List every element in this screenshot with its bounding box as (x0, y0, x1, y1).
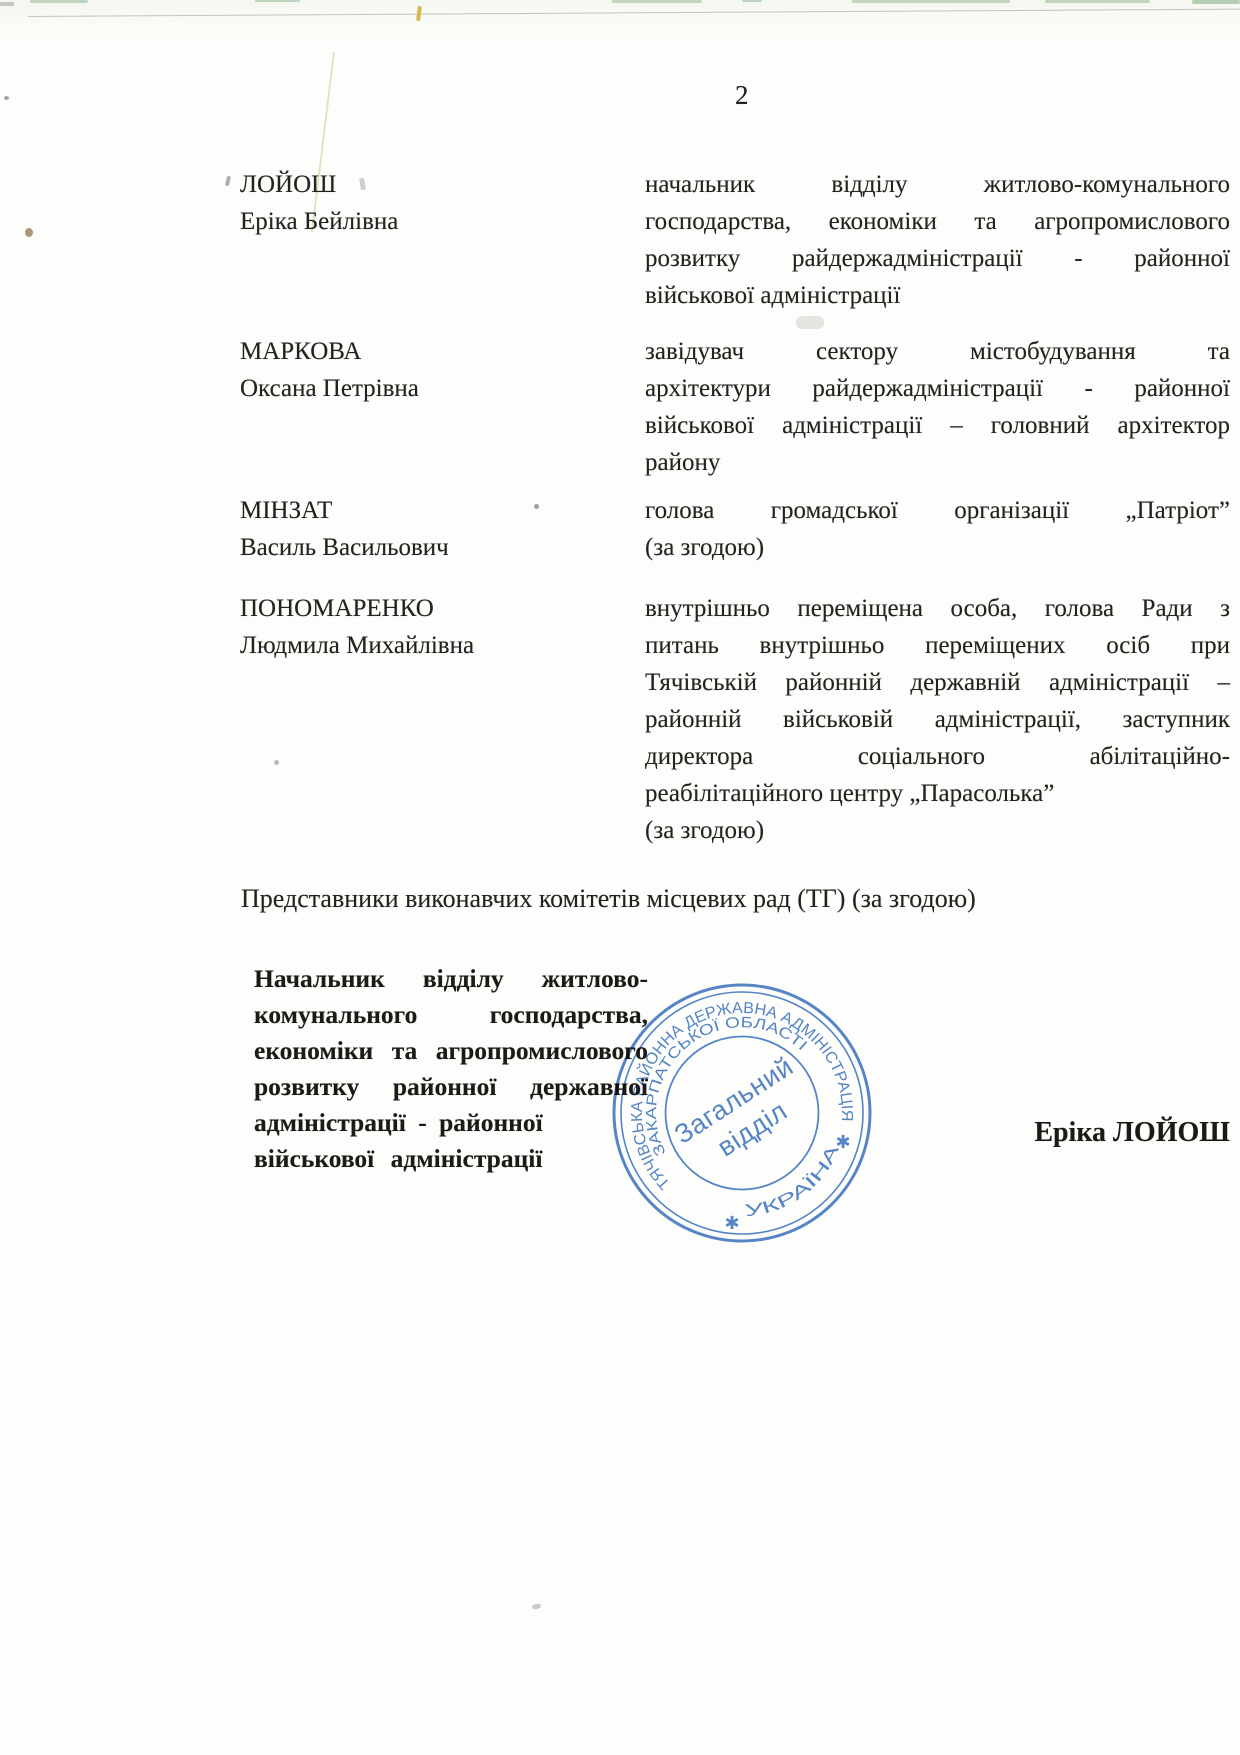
scan-artifact (225, 176, 231, 187)
member-position: внутрішньо переміщена особа, голова Ради… (645, 590, 1230, 849)
signatory-title-line: розвитку районної державної (254, 1069, 648, 1105)
scan-artifact (742, 0, 762, 2)
member-position: начальник відділу житлово-комунальногого… (645, 166, 1230, 314)
scan-artifact (612, 0, 702, 3)
position-line: району (645, 444, 1230, 481)
member-given-names: Оксана Петрівна (240, 370, 645, 407)
member-name: ПОНОМАРЕНКОЛюдмила Михайлівна (240, 590, 645, 849)
position-line: (за згодою) (645, 812, 1230, 849)
member-entry: ПОНОМАРЕНКОЛюдмила Михайлівнавнутрішньо … (240, 590, 1230, 849)
signatory-title-line: економіки та агропромислового (254, 1033, 648, 1069)
signatory-title-line: адміністрації - районної (254, 1105, 648, 1141)
position-line: військової адміністрації – головний архі… (645, 407, 1230, 444)
scan-artifact (852, 0, 1010, 3)
scan-artifact (1192, 0, 1240, 4)
member-given-names: Людмила Михайлівна (240, 627, 645, 664)
member-given-names: Василь Васильович (240, 529, 645, 566)
member-position: голова громадської організації „Патріот”… (645, 492, 1230, 566)
scanned-document-page: 2 ЛОЙОШЕріка Бейлівнаначальник відділу ж… (0, 0, 1240, 1755)
position-line: внутрішньо переміщена особа, голова Ради… (645, 590, 1230, 627)
position-line: (за згодою) (645, 529, 1230, 566)
signatory-title-line: Начальник відділу житлово- (254, 961, 648, 997)
position-line: розвитку райдержадміністрації - районної (645, 240, 1230, 277)
signatory-title: Начальник відділу житлово-комунального г… (254, 961, 648, 1177)
position-line: питань внутрішньо переміщених осіб при (645, 627, 1230, 664)
member-position: завідувач сектору містобудування таархіт… (645, 333, 1230, 481)
member-surname: МАРКОВА (240, 333, 645, 370)
signatory-title-line: комунального господарства, (254, 997, 648, 1033)
stamp-asterisk-right: ✱ (835, 1132, 850, 1152)
position-line: реабілітаційного центру „Парасолька” (645, 775, 1230, 812)
scan-artifact (0, 2, 14, 6)
scan-artifact-brown-dot (25, 228, 33, 237)
position-line: архітектури райдержадміністрації - район… (645, 370, 1230, 407)
position-line: завідувач сектору містобудування та (645, 333, 1230, 370)
member-entry: МІНЗАТВасиль Васильовичголова громадсько… (240, 492, 1230, 566)
member-name: МАРКОВАОксана Петрівна (240, 333, 645, 481)
position-line: директора соціального абілітаційно- (645, 738, 1230, 775)
member-given-names: Еріка Бейлівна (240, 203, 645, 240)
stamp-center-text: Загальний відділ (669, 1051, 817, 1178)
member-name: МІНЗАТВасиль Васильович (240, 492, 645, 566)
position-line: голова громадської організації „Патріот” (645, 492, 1230, 529)
page-number: 2 (735, 80, 749, 111)
member-surname: ЛОЙОШ (240, 166, 645, 203)
scan-artifact (796, 316, 824, 329)
member-surname: МІНЗАТ (240, 492, 645, 529)
member-entry: МАРКОВАОксана Петрівназавідувач сектору … (240, 333, 1230, 481)
member-entry: ЛОЙОШЕріка Бейлівнаначальник відділу жит… (240, 166, 1230, 314)
position-line: господарства, економіки та агропромислов… (645, 203, 1230, 240)
signatory-name: Еріка ЛОЙОШ (1000, 1117, 1230, 1149)
position-line: військової адміністрації (645, 277, 1230, 314)
position-line: районній військовій адміністрації, засту… (645, 701, 1230, 738)
scan-artifact (30, 0, 88, 3)
member-name: ЛОЙОШЕріка Бейлівна (240, 166, 645, 314)
scan-artifact-yellow-fleck (416, 6, 422, 21)
stamp-asterisk-bottom: ✱ (724, 1213, 739, 1233)
scan-artifact-hairline (28, 9, 1240, 17)
scan-artifact (532, 1603, 542, 1610)
position-line: начальник відділу житлово-комунального (645, 166, 1230, 203)
scan-artifact (1045, 0, 1150, 3)
position-line: Тячівській районній державній адміністра… (645, 664, 1230, 701)
official-stamp: ТЯЧІВСЬКА РАЙОННА ДЕРЖАВНА АДМІНІСТРАЦІЯ… (602, 973, 882, 1253)
scan-artifact (4, 96, 9, 100)
member-surname: ПОНОМАРЕНКО (240, 590, 645, 627)
representatives-note: Представники виконавчих комітетів місцев… (241, 884, 976, 914)
signatory-title-line: військової адміністрації (254, 1141, 648, 1177)
scan-artifact (255, 0, 300, 2)
